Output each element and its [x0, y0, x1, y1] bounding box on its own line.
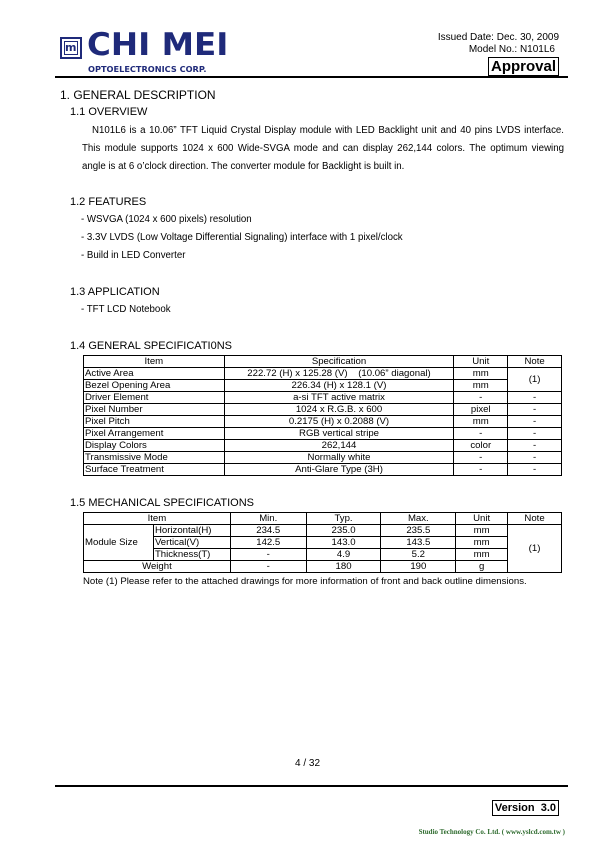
- spec-cell: a-si TFT active matrix: [224, 392, 454, 404]
- table-row: Pixel Pitch 0.2175 (H) x 0.2088 (V) mm -: [84, 416, 562, 428]
- min-cell: 142.5: [230, 537, 306, 549]
- header-rule: [55, 76, 568, 78]
- unit-cell: mm: [454, 416, 508, 428]
- application-item: - TFT LCD Notebook: [81, 304, 171, 315]
- spec-cell: 0.2175 (H) x 0.2088 (V): [224, 416, 454, 428]
- item-cell: Bezel Opening Area: [84, 380, 225, 392]
- note-cell: -: [508, 464, 562, 476]
- table-row: Thickness(T) - 4.9 5.2 mm: [84, 549, 562, 561]
- overview-paragraph: N101L6 is a 10.06” TFT Liquid Crystal Di…: [82, 122, 564, 177]
- section-title: 1. GENERAL DESCRIPTION: [60, 88, 216, 102]
- note-cell: (1): [508, 368, 562, 392]
- note-cell: -: [508, 440, 562, 452]
- item-cell: Pixel Number: [84, 404, 225, 416]
- mechanical-footnote: Note (1) Please refer to the attached dr…: [83, 576, 527, 587]
- sub-item-cell: Vertical(V): [153, 537, 230, 549]
- item-cell: Pixel Arrangement: [84, 428, 225, 440]
- unit-cell: -: [454, 464, 508, 476]
- typ-cell: 143.0: [306, 537, 381, 549]
- spec-cell: RGB vertical stripe: [224, 428, 454, 440]
- header-cell: Item: [84, 356, 225, 368]
- spec-cell: Normally white: [224, 452, 454, 464]
- note-cell: -: [508, 416, 562, 428]
- model-number: Model No.: N101L6: [469, 44, 555, 56]
- overview-title: 1.1 OVERVIEW: [70, 106, 147, 118]
- spec-cell: 222.72 (H) x 125.28 (V) (10.06” diagonal…: [224, 368, 454, 380]
- header-cell: Note: [508, 513, 562, 525]
- group-label-cell: Module Size: [84, 525, 154, 561]
- page-number: 4 / 32: [295, 758, 320, 769]
- footer-rule: [55, 785, 568, 787]
- typ-cell: 235.0: [306, 525, 381, 537]
- table-row: Pixel Number 1024 x R.G.B. x 600 pixel -: [84, 404, 562, 416]
- general-specs-table: Item Specification Unit Note Active Area…: [83, 355, 562, 476]
- table-row: Transmissive Mode Normally white - -: [84, 452, 562, 464]
- table-row: Pixel Arrangement RGB vertical stripe - …: [84, 428, 562, 440]
- header-cell: Specification: [224, 356, 454, 368]
- unit-cell: -: [454, 392, 508, 404]
- typ-cell: 180: [306, 561, 381, 573]
- studio-watermark: Studio Technology Co. Ltd. ( www.yslcd.c…: [419, 828, 565, 836]
- unit-cell: mm: [454, 368, 508, 380]
- table-header-row: Item Specification Unit Note: [84, 356, 562, 368]
- table-row: Surface Treatment Anti-Glare Type (3H) -…: [84, 464, 562, 476]
- unit-cell: mm: [456, 525, 508, 537]
- spec-cell: 262,144: [224, 440, 454, 452]
- weight-label-cell: Weight: [84, 561, 231, 573]
- feature-item: - Build in LED Converter: [81, 250, 185, 261]
- note-cell: (1): [508, 525, 562, 573]
- table-row: Driver Element a-si TFT active matrix - …: [84, 392, 562, 404]
- unit-cell: -: [454, 428, 508, 440]
- header-cell: Unit: [454, 356, 508, 368]
- spec-cell: 226.34 (H) x 128.1 (V): [224, 380, 454, 392]
- application-title: 1.3 APPLICATION: [70, 286, 160, 298]
- unit-cell: mm: [456, 537, 508, 549]
- logo-glyph: m: [65, 41, 75, 54]
- company-logo-name: CHI MEI: [87, 30, 228, 61]
- chi-mei-logo-icon: m: [60, 37, 82, 59]
- item-cell: Active Area: [84, 368, 225, 380]
- unit-cell: color: [454, 440, 508, 452]
- mechanical-specs-table: Item Min. Typ. Max. Unit Note Module Siz…: [83, 512, 562, 573]
- max-cell: 143.5: [381, 537, 456, 549]
- table-row: Active Area 222.72 (H) x 125.28 (V) (10.…: [84, 368, 562, 380]
- sub-item-cell: Horizontal(H): [153, 525, 230, 537]
- approval-badge: Approval: [488, 57, 559, 76]
- max-cell: 5.2: [381, 549, 456, 561]
- sub-item-cell: Thickness(T): [153, 549, 230, 561]
- issued-date: Issued Date: Dec. 30, 2009: [438, 32, 559, 44]
- typ-cell: 4.9: [306, 549, 381, 561]
- overview-text: N101L6 is a 10.06” TFT Liquid Crystal Di…: [82, 125, 564, 172]
- item-cell: Pixel Pitch: [84, 416, 225, 428]
- table-row: Bezel Opening Area 226.34 (H) x 128.1 (V…: [84, 380, 562, 392]
- unit-cell: -: [454, 452, 508, 464]
- header-cell: Unit: [456, 513, 508, 525]
- min-cell: -: [230, 561, 306, 573]
- header-cell: Typ.: [306, 513, 381, 525]
- min-cell: 234.5: [230, 525, 306, 537]
- header-cell: Note: [508, 356, 562, 368]
- header-cell: Max.: [381, 513, 456, 525]
- spec-cell: 1024 x R.G.B. x 600: [224, 404, 454, 416]
- unit-cell: g: [456, 561, 508, 573]
- unit-cell: mm: [456, 549, 508, 561]
- unit-cell: pixel: [454, 404, 508, 416]
- item-cell: Transmissive Mode: [84, 452, 225, 464]
- table-header-row: Item Min. Typ. Max. Unit Note: [84, 513, 562, 525]
- feature-item: - WSVGA (1024 x 600 pixels) resolution: [81, 214, 252, 225]
- unit-cell: mm: [454, 380, 508, 392]
- note-cell: -: [508, 428, 562, 440]
- note-cell: -: [508, 452, 562, 464]
- note-cell: -: [508, 392, 562, 404]
- item-cell: Driver Element: [84, 392, 225, 404]
- header-cell: Item: [84, 513, 231, 525]
- table-row: Vertical(V) 142.5 143.0 143.5 mm: [84, 537, 562, 549]
- version-badge: Version 3.0: [492, 800, 559, 816]
- min-cell: -: [230, 549, 306, 561]
- header-cell: Min.: [230, 513, 306, 525]
- note-cell: -: [508, 404, 562, 416]
- company-logo-subtitle: OPTOELECTRONICS CORP.: [88, 64, 206, 74]
- spec-cell: Anti-Glare Type (3H): [224, 464, 454, 476]
- table-row: Module Size Horizontal(H) 234.5 235.0 23…: [84, 525, 562, 537]
- mechanical-specs-title: 1.5 MECHANICAL SPECIFICATIONS: [70, 497, 254, 509]
- max-cell: 190: [381, 561, 456, 573]
- table-row: Display Colors 262,144 color -: [84, 440, 562, 452]
- general-specs-title: 1.4 GENERAL SPECIFICATI0NS: [70, 340, 232, 352]
- item-cell: Display Colors: [84, 440, 225, 452]
- max-cell: 235.5: [381, 525, 456, 537]
- features-title: 1.2 FEATURES: [70, 196, 146, 208]
- feature-item: - 3.3V LVDS (Low Voltage Differential Si…: [81, 232, 403, 243]
- item-cell: Surface Treatment: [84, 464, 225, 476]
- table-row: Weight - 180 190 g: [84, 561, 562, 573]
